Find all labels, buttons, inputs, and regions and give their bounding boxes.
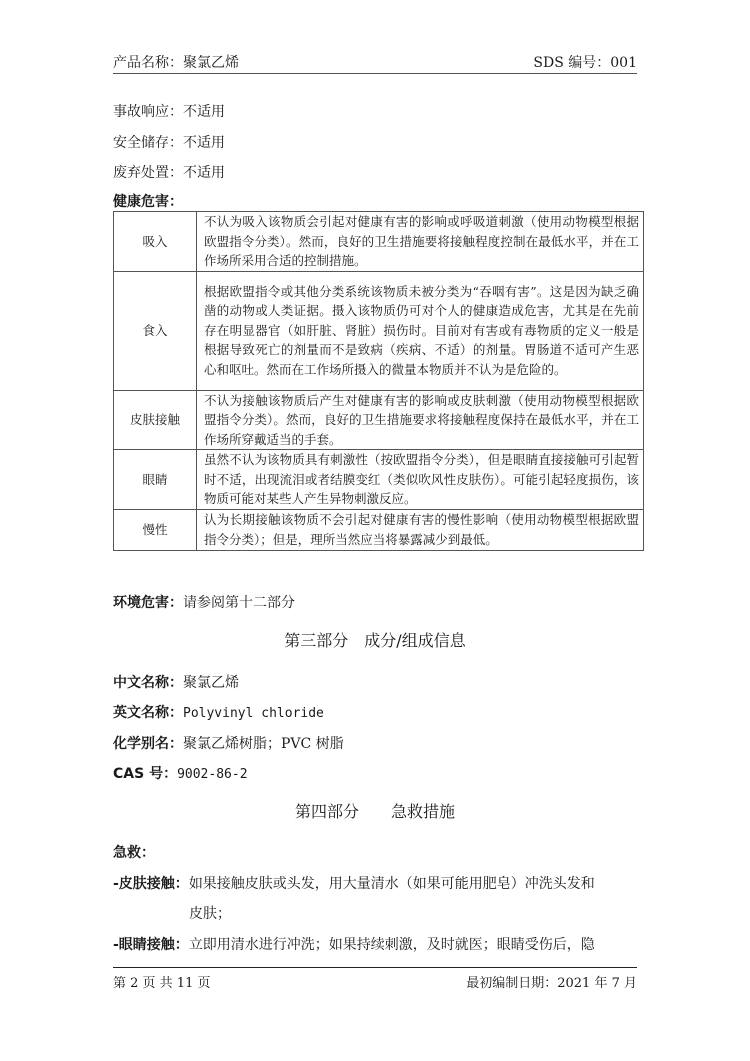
field-value: 如果接触皮肤或头发，用大量清水（如果可能用肥皂）冲洗头发和 (189, 876, 595, 892)
field-value: 不适用 (183, 104, 225, 120)
table-row: 眼睛 虽然不认为该物质具有刺激性（按欧盟指令分类），但是眼睛直接接触可引起暂时不… (114, 450, 644, 510)
field-value: 立即用清水进行冲洗；如果持续刺激，及时就医；眼睛受伤后，隐 (189, 937, 595, 953)
route-cell: 吸入 (114, 212, 197, 272)
first-aid-label: 急救： (113, 842, 155, 862)
health-hazards-table: 吸入 不认为吸入该物质会引起对健康有害的影响或呼吸道刺激（使用动物模型根据欧盟指… (113, 211, 644, 551)
skin-contact: -皮肤接触：如果接触皮肤或头发，用大量清水（如果可能用肥皂）冲洗头发和 (113, 873, 595, 893)
eye-contact: -眼睛接触：立即用清水进行冲洗；如果持续刺激，及时就医；眼睛受伤后，隐 (113, 934, 595, 954)
page-number: 第 2 页 共 11 页 (113, 972, 210, 991)
field-value: 请参阅第十二部分 (183, 595, 295, 611)
accident-response: 事故响应：不适用 (113, 101, 225, 121)
field-label: CAS 号： (113, 766, 177, 782)
sds-number: SDS 编号：001 (533, 52, 637, 72)
cas-number: CAS 号：9002-86-2 (113, 763, 248, 783)
field-value: 聚氯乙烯树脂；PVC 树脂 (183, 736, 344, 752)
chemical-alias: 化学别名：聚氯乙烯树脂；PVC 树脂 (113, 733, 344, 753)
field-value: 不适用 (183, 135, 225, 151)
safe-storage: 安全储存：不适用 (113, 132, 225, 152)
table-row: 吸入 不认为吸入该物质会引起对健康有害的影响或呼吸道刺激（使用动物模型根据欧盟指… (114, 212, 644, 272)
field-label: -皮肤接触： (113, 876, 189, 892)
health-hazards-title: 健康危害： (113, 191, 183, 211)
field-label: 事故响应： (113, 104, 183, 120)
product-name: 产品名称：聚氯乙烯 (113, 52, 239, 72)
field-label: -眼睛接触： (113, 937, 189, 953)
table-row: 食入 根据欧盟指令或其他分类系统该物质未被分类为“吞咽有害”。这是因为缺乏确凿的… (114, 271, 644, 390)
description-cell: 不认为吸入该物质会引起对健康有害的影响或呼吸道刺激（使用动物模型根据欧盟指令分类… (197, 212, 644, 272)
field-label: 安全储存： (113, 135, 183, 151)
english-name: 英文名称：Polyvinyl chloride (113, 702, 324, 722)
field-label: 废弃处置： (113, 165, 183, 181)
skin-contact-continued: 皮肤； (189, 903, 231, 923)
description-cell: 虽然不认为该物质具有刺激性（按欧盟指令分类），但是眼睛直接接触可引起暂时不适，出… (197, 450, 644, 510)
description-cell: 认为长期接触该物质不会引起对健康有害的慢性影响（使用动物模型根据欧盟指令分类）；… (197, 509, 644, 550)
route-cell: 食入 (114, 271, 197, 390)
field-value: 不适用 (183, 165, 225, 181)
route-cell: 眼睛 (114, 450, 197, 510)
field-value: 聚氯乙烯 (183, 675, 239, 691)
section-4-title: 第四部分 急救措施 (113, 799, 637, 822)
table-row: 皮肤接触 不认为接触该物质后产生对健康有害的影响或皮肤刺激（使用动物模型根据欧盟… (114, 390, 644, 450)
table-row: 慢性 认为长期接触该物质不会引起对健康有害的慢性影响（使用动物模型根据欧盟指令分… (114, 509, 644, 550)
field-label: 环境危害： (113, 595, 183, 611)
field-label: 化学别名： (113, 736, 183, 752)
section-3-title: 第三部分 成分/组成信息 (113, 628, 637, 651)
route-cell: 皮肤接触 (114, 390, 197, 450)
field-label: 英文名称： (113, 705, 183, 721)
compile-date: 最初编制日期：2021 年 7 月 (466, 972, 637, 991)
description-cell: 根据欧盟指令或其他分类系统该物质未被分类为“吞咽有害”。这是因为缺乏确凿的动物或… (197, 271, 644, 390)
environmental-hazards: 环境危害：请参阅第十二部分 (113, 592, 295, 612)
field-value: Polyvinyl chloride (183, 706, 324, 721)
page-footer: 第 2 页 共 11 页 最初编制日期：2021 年 7 月 (113, 967, 637, 991)
route-cell: 慢性 (114, 509, 197, 550)
field-value: 9002-86-2 (177, 767, 247, 782)
description-cell: 不认为接触该物质后产生对健康有害的影响或皮肤刺激（使用动物模型根据欧盟指令分类）… (197, 390, 644, 450)
disposal: 废弃处置：不适用 (113, 162, 225, 182)
chinese-name: 中文名称：聚氯乙烯 (113, 672, 239, 692)
field-label: 中文名称： (113, 675, 183, 691)
page-header: 产品名称：聚氯乙烯 SDS 编号：001 (113, 52, 637, 74)
